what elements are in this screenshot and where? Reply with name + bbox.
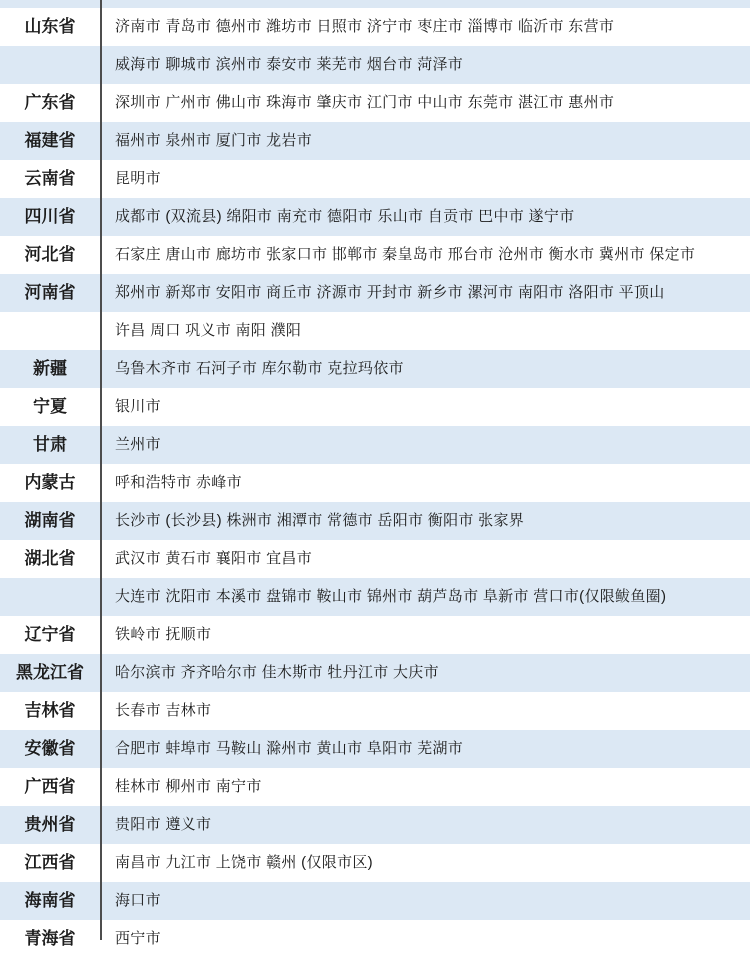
table-row: 福建省福州市 泉州市 厦门市 龙岩市	[0, 122, 750, 160]
table-row: 甘肃兰州市	[0, 426, 750, 464]
table-row: 吉林省长春市 吉林市	[0, 692, 750, 730]
cities-cell: 长春市 吉林市	[100, 692, 750, 730]
province-cell: 新疆	[0, 350, 100, 388]
cities-cell: 兰州市	[100, 426, 750, 464]
province-city-table: 山东省济南市 青岛市 德州市 潍坊市 日照市 济宁市 枣庄市 淄博市 临沂市 东…	[0, 0, 750, 960]
table-row: 大连市 沈阳市 本溪市 盘锦市 鞍山市 锦州市 葫芦岛市 阜新市 营口市(仅限鲅…	[0, 578, 750, 616]
cities-cell: 济南市 青岛市 德州市 潍坊市 日照市 济宁市 枣庄市 淄博市 临沂市 东营市	[100, 8, 750, 46]
province-cell: 湖南省	[0, 502, 100, 540]
province-table-body: 山东省济南市 青岛市 德州市 潍坊市 日照市 济宁市 枣庄市 淄博市 临沂市 东…	[0, 8, 750, 958]
province-cell: 江西省	[0, 844, 100, 882]
cities-cell: 银川市	[100, 388, 750, 426]
table-row: 威海市 聊城市 滨州市 泰安市 莱芜市 烟台市 菏泽市	[0, 46, 750, 84]
cities-cell: 哈尔滨市 齐齐哈尔市 佳木斯市 牡丹江市 大庆市	[100, 654, 750, 692]
table-row: 云南省昆明市	[0, 160, 750, 198]
province-cell: 安徽省	[0, 730, 100, 768]
province-cell: 海南省	[0, 882, 100, 920]
cities-cell: 深圳市 广州市 佛山市 珠海市 肇庆市 江门市 中山市 东莞市 湛江市 惠州市	[100, 84, 750, 122]
table-row: 河南省郑州市 新郑市 安阳市 商丘市 济源市 开封市 新乡市 漯河市 南阳市 洛…	[0, 274, 750, 312]
province-cell: 四川省	[0, 198, 100, 236]
province-cell: 辽宁省	[0, 616, 100, 654]
table-row: 四川省成都市 (双流县) 绵阳市 南充市 德阳市 乐山市 自贡市 巴中市 遂宁市	[0, 198, 750, 236]
province-cell: 甘肃	[0, 426, 100, 464]
cities-cell: 乌鲁木齐市 石河子市 库尔勒市 克拉玛依市	[100, 350, 750, 388]
cities-cell: 桂林市 柳州市 南宁市	[100, 768, 750, 806]
table-row: 湖北省武汉市 黄石市 襄阳市 宜昌市	[0, 540, 750, 578]
table-row: 许昌 周口 巩义市 南阳 濮阳	[0, 312, 750, 350]
table-row: 内蒙古呼和浩特市 赤峰市	[0, 464, 750, 502]
cities-cell: 西宁市	[100, 920, 750, 958]
cities-cell: 呼和浩特市 赤峰市	[100, 464, 750, 502]
province-cell: 黑龙江省	[0, 654, 100, 692]
cities-cell: 贵阳市 遵义市	[100, 806, 750, 844]
cities-cell: 昆明市	[100, 160, 750, 198]
cities-cell: 大连市 沈阳市 本溪市 盘锦市 鞍山市 锦州市 葫芦岛市 阜新市 营口市(仅限鲅…	[100, 578, 750, 616]
table-row: 河北省石家庄 唐山市 廊坊市 张家口市 邯郸市 秦皇岛市 邢台市 沧州市 衡水市…	[0, 236, 750, 274]
cities-cell: 许昌 周口 巩义市 南阳 濮阳	[100, 312, 750, 350]
cities-cell: 铁岭市 抚顺市	[100, 616, 750, 654]
province-cell: 吉林省	[0, 692, 100, 730]
province-cell	[0, 578, 100, 616]
table-row: 湖南省长沙市 (长沙县) 株洲市 湘潭市 常德市 岳阳市 衡阳市 张家界	[0, 502, 750, 540]
cities-cell: 武汉市 黄石市 襄阳市 宜昌市	[100, 540, 750, 578]
province-cell: 内蒙古	[0, 464, 100, 502]
province-cell: 云南省	[0, 160, 100, 198]
table-row: 广西省桂林市 柳州市 南宁市	[0, 768, 750, 806]
cities-cell: 长沙市 (长沙县) 株洲市 湘潭市 常德市 岳阳市 衡阳市 张家界	[100, 502, 750, 540]
province-cell: 青海省	[0, 920, 100, 958]
cities-cell: 福州市 泉州市 厦门市 龙岩市	[100, 122, 750, 160]
partial-row-top	[0, 0, 750, 8]
table-row: 贵州省贵阳市 遵义市	[0, 806, 750, 844]
province-cell: 广东省	[0, 84, 100, 122]
table-row: 黑龙江省哈尔滨市 齐齐哈尔市 佳木斯市 牡丹江市 大庆市	[0, 654, 750, 692]
table-row: 宁夏银川市	[0, 388, 750, 426]
cities-cell: 合肥市 蚌埠市 马鞍山 滁州市 黄山市 阜阳市 芜湖市	[100, 730, 750, 768]
cities-cell: 海口市	[100, 882, 750, 920]
cities-cell: 威海市 聊城市 滨州市 泰安市 莱芜市 烟台市 菏泽市	[100, 46, 750, 84]
table-row: 海南省海口市	[0, 882, 750, 920]
province-cell	[0, 312, 100, 350]
province-cell: 河南省	[0, 274, 100, 312]
cities-cell: 南昌市 九江市 上饶市 赣州 (仅限市区)	[100, 844, 750, 882]
province-cell: 山东省	[0, 8, 100, 46]
table-row: 广东省深圳市 广州市 佛山市 珠海市 肇庆市 江门市 中山市 东莞市 湛江市 惠…	[0, 84, 750, 122]
column-divider	[100, 0, 102, 940]
table-row: 江西省南昌市 九江市 上饶市 赣州 (仅限市区)	[0, 844, 750, 882]
province-cell: 宁夏	[0, 388, 100, 426]
province-cell: 广西省	[0, 768, 100, 806]
table-row: 安徽省合肥市 蚌埠市 马鞍山 滁州市 黄山市 阜阳市 芜湖市	[0, 730, 750, 768]
cities-cell: 成都市 (双流县) 绵阳市 南充市 德阳市 乐山市 自贡市 巴中市 遂宁市	[100, 198, 750, 236]
table-row: 青海省西宁市	[0, 920, 750, 958]
cities-cell: 郑州市 新郑市 安阳市 商丘市 济源市 开封市 新乡市 漯河市 南阳市 洛阳市 …	[100, 274, 750, 312]
table-row: 新疆乌鲁木齐市 石河子市 库尔勒市 克拉玛依市	[0, 350, 750, 388]
province-cell: 贵州省	[0, 806, 100, 844]
table-row: 辽宁省铁岭市 抚顺市	[0, 616, 750, 654]
province-cell: 福建省	[0, 122, 100, 160]
table-row: 山东省济南市 青岛市 德州市 潍坊市 日照市 济宁市 枣庄市 淄博市 临沂市 东…	[0, 8, 750, 46]
province-cell	[0, 46, 100, 84]
province-cell: 湖北省	[0, 540, 100, 578]
cities-cell: 石家庄 唐山市 廊坊市 张家口市 邯郸市 秦皇岛市 邢台市 沧州市 衡水市 冀州…	[100, 236, 750, 274]
province-cell: 河北省	[0, 236, 100, 274]
